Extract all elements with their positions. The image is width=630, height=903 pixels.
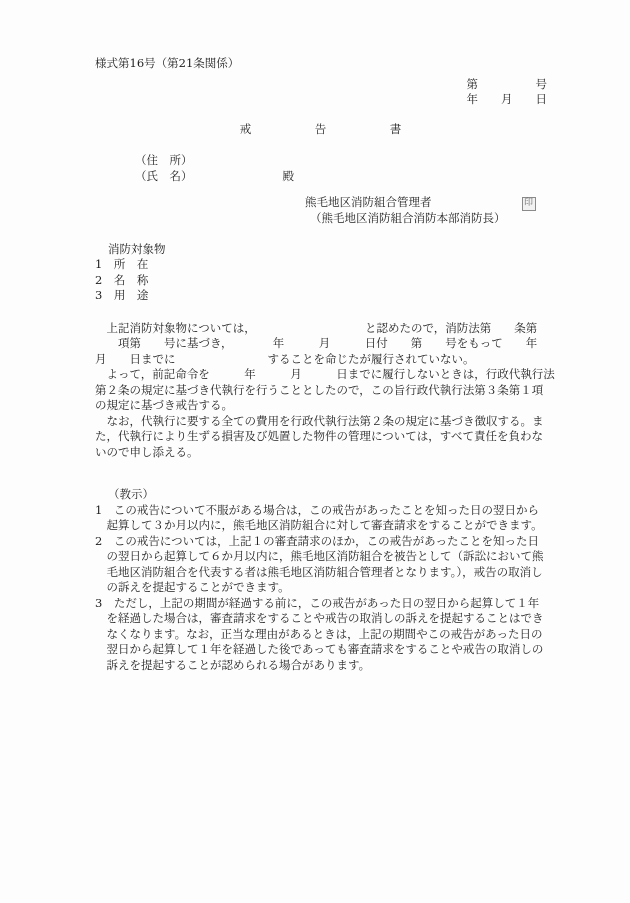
instruction-line: 訴えを提起することが認められる場合があります。 [95, 658, 547, 674]
instruction-line: なくなります。なお，正当な理由があるときは，上記の期間やこの戒告があった日の [95, 627, 547, 643]
addressee-honorific: 殿 [283, 169, 295, 183]
instruction-line: 毛地区消防組合を代表する者は熊毛地区消防組合管理者となります。），戒告の取消し [95, 565, 547, 581]
issuer-note: （熊毛地区消防組合消防本部消防長） [95, 211, 547, 227]
form-number-note: 様式第16号（第21条関係） [95, 56, 547, 72]
instruction-line: を経過した場合は，審査請求をすることや戒告の取消しの訴えを提起することはでき [95, 611, 547, 627]
fire-subject-heading: 消防対象物 [95, 242, 547, 258]
instruction-line: 1 この戒告について不服がある場合は，この戒告があったことを知った日の翌日から [95, 503, 547, 519]
instruction-line: 3 ただし，上記の期間が経過する前に，この戒告があった日の翌日から起算して１年 [95, 596, 547, 612]
fire-subject-item-name: 2 名 称 [95, 273, 547, 289]
instruction-block: （教示） 1 この戒告について不服がある場合は，この戒告があったことを知った日の… [95, 487, 547, 673]
addressee-address-label: （住 所） [135, 153, 547, 169]
body-line: いので申し添える。 [95, 445, 547, 461]
body-line: 第２条の規定に基づき代執行を行うこととしたので，この旨行政代執行法第３条第１項 [95, 383, 547, 399]
warning-document-page: 様式第16号（第21条関係） 第 号 年 月 日 戒 告 書 （住 所） （氏 … [0, 0, 630, 903]
body-line: の規定に基づき戒告する。 [95, 398, 547, 414]
document-content: 様式第16号（第21条関係） 第 号 年 月 日 戒 告 書 （住 所） （氏 … [95, 56, 547, 673]
instruction-line: 起算して３か月以内に，熊毛地区消防組合に対して審査請求をすることができます。 [95, 518, 547, 534]
body-paragraphs: 上記消防対象物については， と認めたので，消防法第 条第 項第 号に基づき， 年… [95, 321, 547, 461]
addressee-name-label: （氏 名） [135, 169, 193, 183]
document-number-date-block: 第 号 年 月 日 [95, 77, 547, 108]
addressee-name-row: （氏 名）殿 [135, 169, 547, 185]
seal-mark-icon: 印 [522, 197, 536, 211]
fire-subject-item-location: 1 所 在 [95, 257, 547, 273]
fire-subject-block: 消防対象物 1 所 在 2 名 称 3 用 途 [95, 242, 547, 304]
instruction-line: の訴えを提起することができます。 [95, 580, 547, 596]
instruction-heading: （教示） [95, 487, 547, 503]
issuer-name: 熊毛地区消防組合管理者 [305, 195, 432, 209]
document-number-line: 第 号 [95, 77, 547, 93]
addressee-block: （住 所） （氏 名）殿 [95, 153, 547, 184]
document-date-line: 年 月 日 [95, 92, 547, 108]
instruction-line: 2 この戒告については，上記１の審査請求のほか，この戒告があったことを知った日 [95, 534, 547, 550]
body-line: 項第 号に基づき， 年 月 日付 第 号をもって 年 [95, 336, 547, 352]
instruction-line: の翌日から起算して６か月以内に，熊毛地区消防組合を被告として（訴訟において熊 [95, 549, 547, 565]
body-line: よって，前記命令を 年 月 日までに履行しないときは，行政代執行法 [95, 367, 547, 383]
document-title: 戒 告 書 [95, 122, 547, 138]
body-line: なお，代執行に要する全ての費用を行政代執行法第２条の規定に基づき徴収する。ま [95, 414, 547, 430]
issuer-block: 熊毛地区消防組合管理者印 （熊毛地区消防組合消防本部消防長） [95, 195, 547, 227]
body-line: た，代執行により生ずる損害及び処置した物件の管理については，すべて責任を負わな [95, 429, 547, 445]
body-line: 上記消防対象物については， と認めたので，消防法第 条第 [95, 321, 547, 337]
instruction-line: 翌日から起算して１年を経過した後であっても審査請求をすることや戒告の取消しの [95, 642, 547, 658]
issuer-name-row: 熊毛地区消防組合管理者印 [95, 195, 547, 211]
fire-subject-item-use: 3 用 途 [95, 288, 547, 304]
body-line: 月 日までに することを命じたが履行されていない。 [95, 352, 547, 368]
